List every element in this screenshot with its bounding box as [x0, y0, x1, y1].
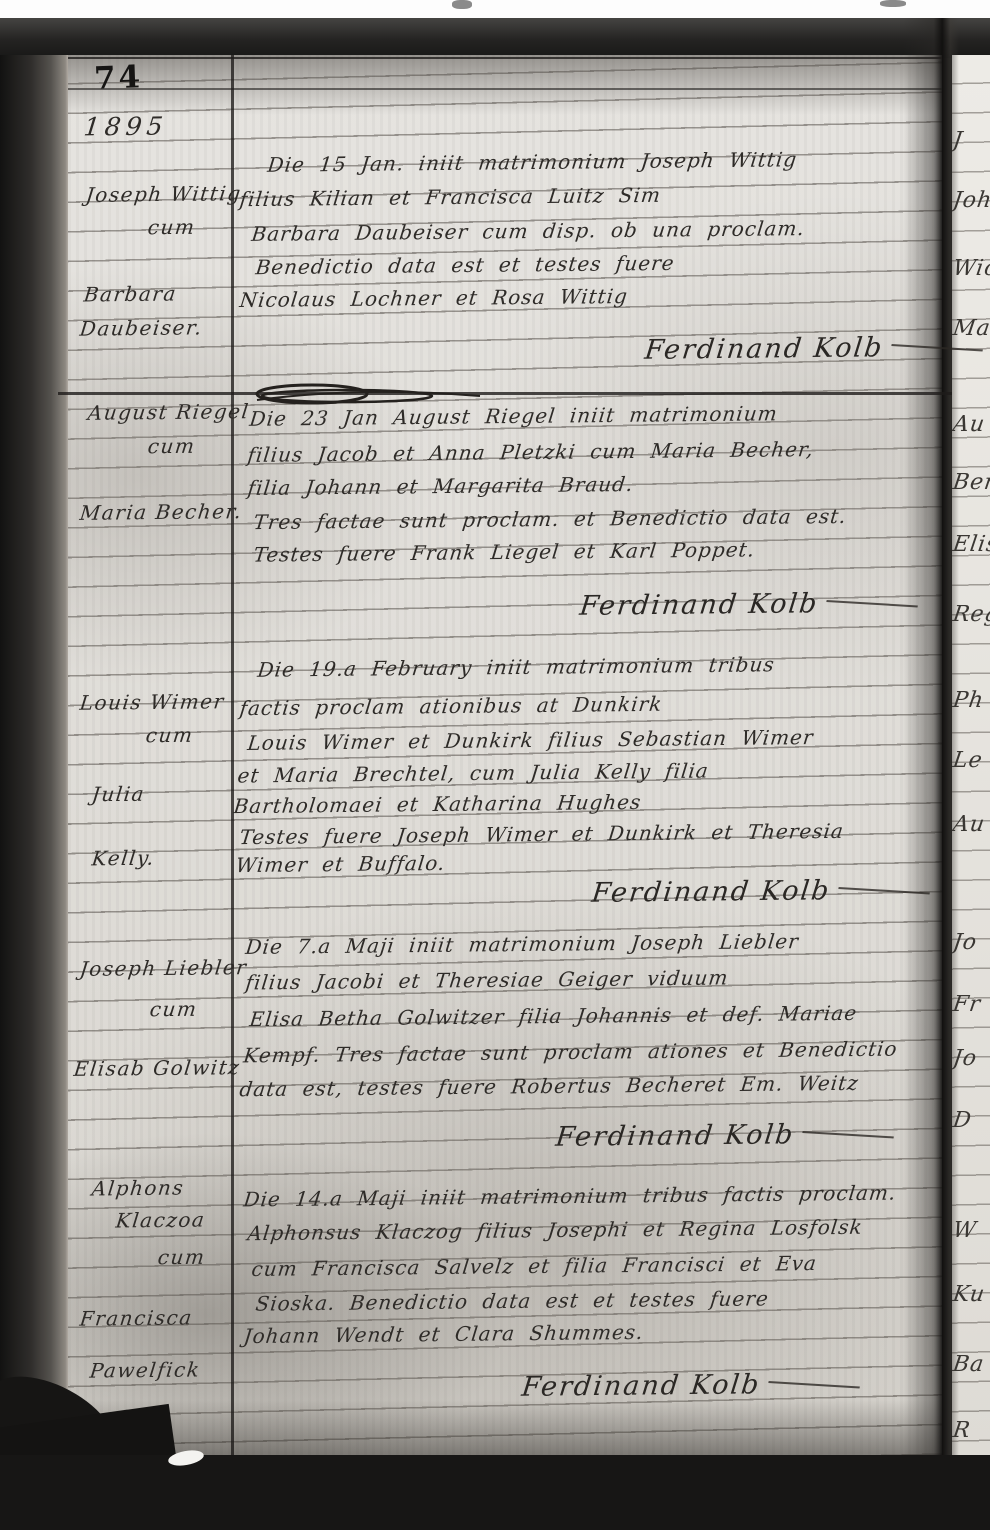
scanned-register-page: J Joh Wich Ma Au Ber Elis Reg Ph Le Au J… [0, 0, 990, 1530]
record-line: Bartholomaei et Katharina Hughes [232, 790, 642, 818]
priest-signature: Ferdinand Kolb [590, 874, 932, 909]
record-line: Nicolaus Lochner et Rosa Wittig [238, 284, 629, 312]
entry-groom-name: August Riegel [87, 399, 251, 425]
year-label: 1895 [82, 112, 169, 142]
priest-signature: Ferdinand Kolb [554, 1118, 896, 1153]
entry-cum-label: cum [147, 215, 197, 239]
entry-groom-surname: Klaczoa [115, 1208, 207, 1233]
entry-bride-name: Francisca [79, 1305, 195, 1330]
book-top-edge-shadow [0, 18, 990, 58]
scan-artifact-mark [452, 0, 472, 9]
priest-signature: Ferdinand Kolb [578, 587, 920, 622]
entry-groom-name: Alphons [91, 1176, 186, 1201]
page-fold-shadow [903, 18, 959, 1458]
record-line: filius Kilian et Francisca Luitz Sim [238, 183, 662, 211]
ruled-line-heavy [68, 88, 942, 90]
entry-cum-label: cum [149, 997, 199, 1021]
entry-cum-label: cum [145, 723, 195, 747]
record-line: filia Johann et Margarita Braud. [246, 472, 634, 500]
book-bottom-edge-shadow [0, 1455, 990, 1530]
entry-bride-name: Maria Becher. [79, 499, 244, 525]
entry-groom-name: Joseph Wittig [85, 181, 243, 207]
entry-bride-surname: Pawelfick [89, 1357, 202, 1382]
entry-groom-name: Louis Wimer [79, 689, 227, 715]
priest-signature: Ferdinand Kolb [643, 331, 985, 366]
record-line: filius Jacobi et Theresiae Geiger viduum [244, 965, 730, 994]
record-line: et Maria Brechtel, cum Julia Kelly filia [236, 759, 710, 788]
record-line: Johann Wendt et Clara Shummes. [242, 1320, 645, 1348]
record-line: factis proclam ationibus at Dunkirk [238, 692, 663, 720]
entry-cum-label: cum [157, 1245, 207, 1269]
entry-groom-name: Joseph Liebler [79, 955, 249, 981]
entry-bride-name: Barbara [83, 282, 179, 307]
entry-bride-name: Elisab Golwitz [73, 1055, 242, 1081]
record-line: Wimer et Buffalo. [235, 851, 447, 877]
record-line: Benedictio data est et testes fuere [254, 251, 676, 279]
priest-signature: Ferdinand Kolb [520, 1368, 862, 1403]
entry-cum-label: cum [147, 434, 197, 458]
ruled-line-heavy [58, 392, 952, 395]
page-left-gutter-shadow [0, 55, 68, 1455]
scan-artifact-mark [880, 0, 906, 7]
entry-bride-surname: Daubeiser. [79, 315, 205, 340]
entry-bride-surname: Kelly. [91, 846, 157, 871]
scan-edge-white [0, 0, 990, 18]
column-divider-line [231, 55, 234, 1455]
entry-bride-name: Julia [91, 782, 147, 807]
ruled-line-heavy [68, 57, 942, 59]
page-number: 74 [93, 59, 143, 97]
